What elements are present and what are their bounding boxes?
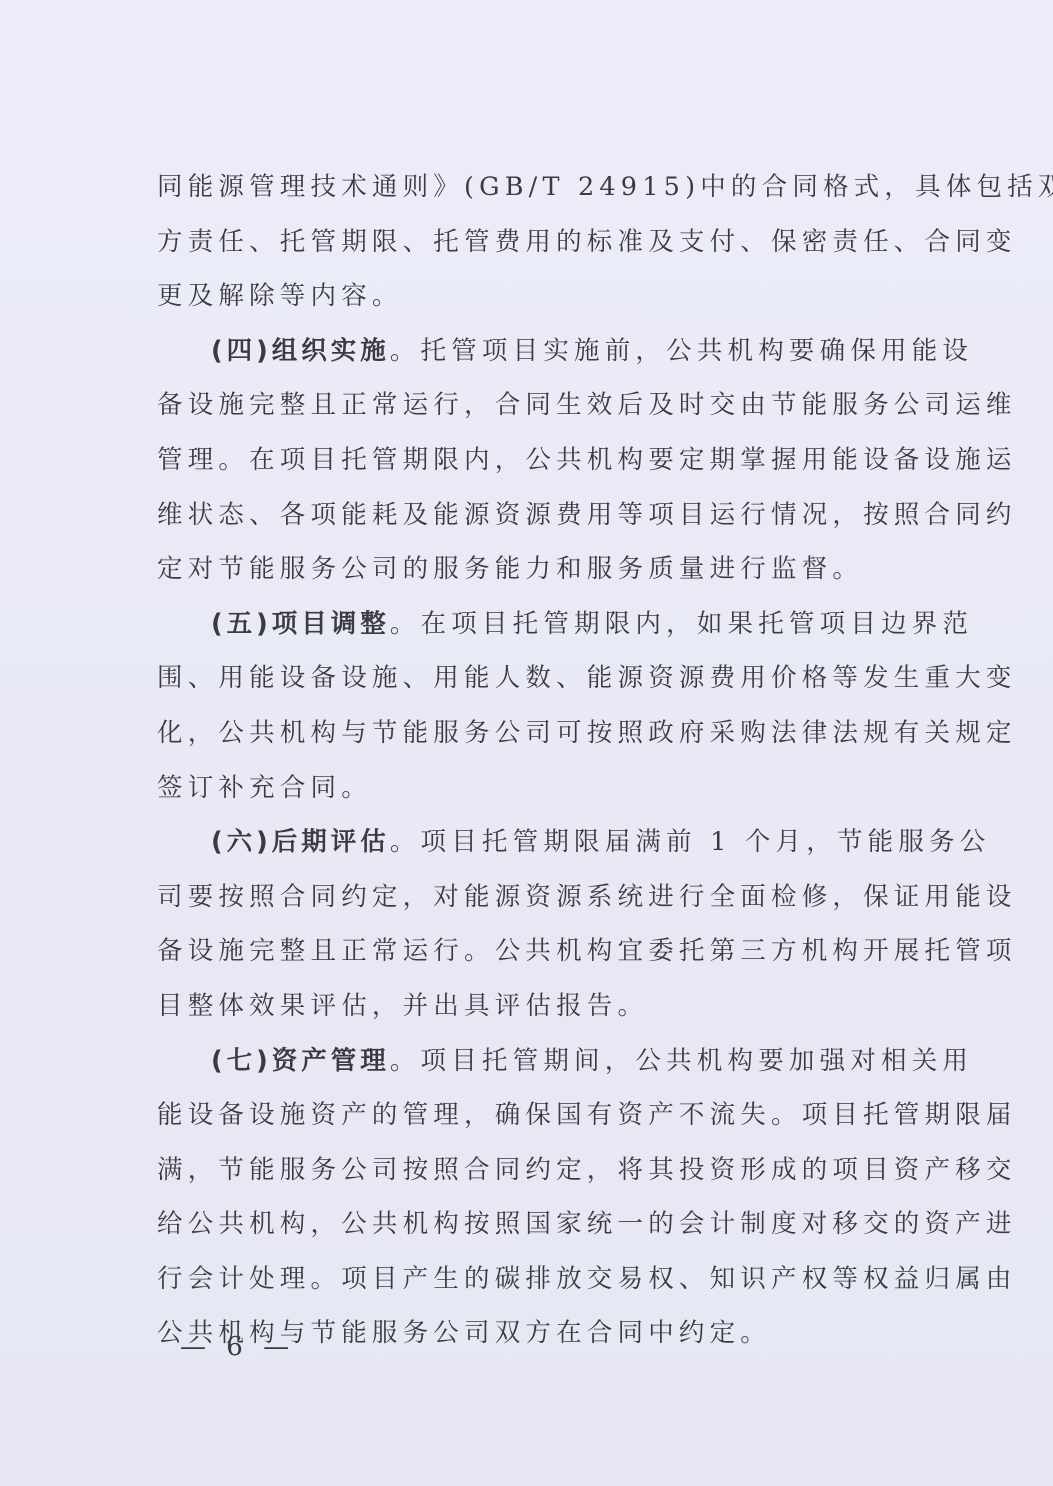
text-line: 备设施完整且正常运行，合同生效后及时交由节能服务公司运维 [157,378,937,433]
page-number: — 6 — [180,1332,295,1362]
text-span: 。项目托管期间，公共机构要加强对相关用 [390,1046,973,1076]
text-line: 给公共机构，公共机构按照国家统一的会计制度对移交的资产进 [157,1197,937,1252]
section-6-first-line: (六)后期评估。项目托管期限届满前 1 个月，节能服务公 [157,815,937,870]
text-line: 更及解除等内容。 [157,269,937,324]
document-body: 同能源管理技术通则》(GB/T 24915)中的合同格式，具体包括双 方责任、托… [157,160,937,1361]
section-5-first-line: (五)项目调整。在项目托管期限内，如果托管项目边界范 [157,597,937,652]
text-line: 行会计处理。项目产生的碳排放交易权、知识产权等权益归属由 [157,1252,937,1307]
text-line: 能设备设施资产的管理，确保国有资产不流失。项目托管期限届 [157,1088,937,1143]
text-span: 。项目托管期限届满前 1 个月，节能服务公 [390,827,991,857]
text-line: 目整体效果评估，并出具评估报告。 [157,979,937,1034]
text-line: 围、用能设备设施、用能人数、能源资源费用价格等发生重大变 [157,651,937,706]
text-line: 定对节能服务公司的服务能力和服务质量进行监督。 [157,542,937,597]
section-heading: (五)项目调整 [211,609,390,639]
text-line: 同能源管理技术通则》(GB/T 24915)中的合同格式，具体包括双 [157,160,937,215]
text-line: 方责任、托管期限、托管费用的标准及支付、保密责任、合同变 [157,215,937,270]
text-line: 签订补充合同。 [157,761,937,816]
text-line: 司要按照合同约定，对能源资源系统进行全面检修，保证用能设 [157,870,937,925]
text-span: 。托管项目实施前，公共机构要确保用能设 [390,336,973,366]
document-page: 同能源管理技术通则》(GB/T 24915)中的合同格式，具体包括双 方责任、托… [0,0,1053,1486]
text-span: 。在项目托管期限内，如果托管项目边界范 [390,609,973,639]
section-heading: (七)资产管理 [211,1046,390,1076]
text-line: 管理。在项目托管期限内，公共机构要定期掌握用能设备设施运 [157,433,937,488]
text-line: 维状态、各项能耗及能源资源费用等项目运行情况，按照合同约 [157,488,937,543]
section-heading: (六)后期评估 [211,827,390,857]
section-7-first-line: (七)资产管理。项目托管期间，公共机构要加强对相关用 [157,1034,937,1089]
section-4-first-line: (四)组织实施。托管项目实施前，公共机构要确保用能设 [157,324,937,379]
section-heading: (四)组织实施 [211,336,390,366]
text-line: 化，公共机构与节能服务公司可按照政府采购法律法规有关规定 [157,706,937,761]
text-line: 备设施完整且正常运行。公共机构宜委托第三方机构开展托管项 [157,924,937,979]
text-line: 满，节能服务公司按照合同约定，将其投资形成的项目资产移交 [157,1143,937,1198]
